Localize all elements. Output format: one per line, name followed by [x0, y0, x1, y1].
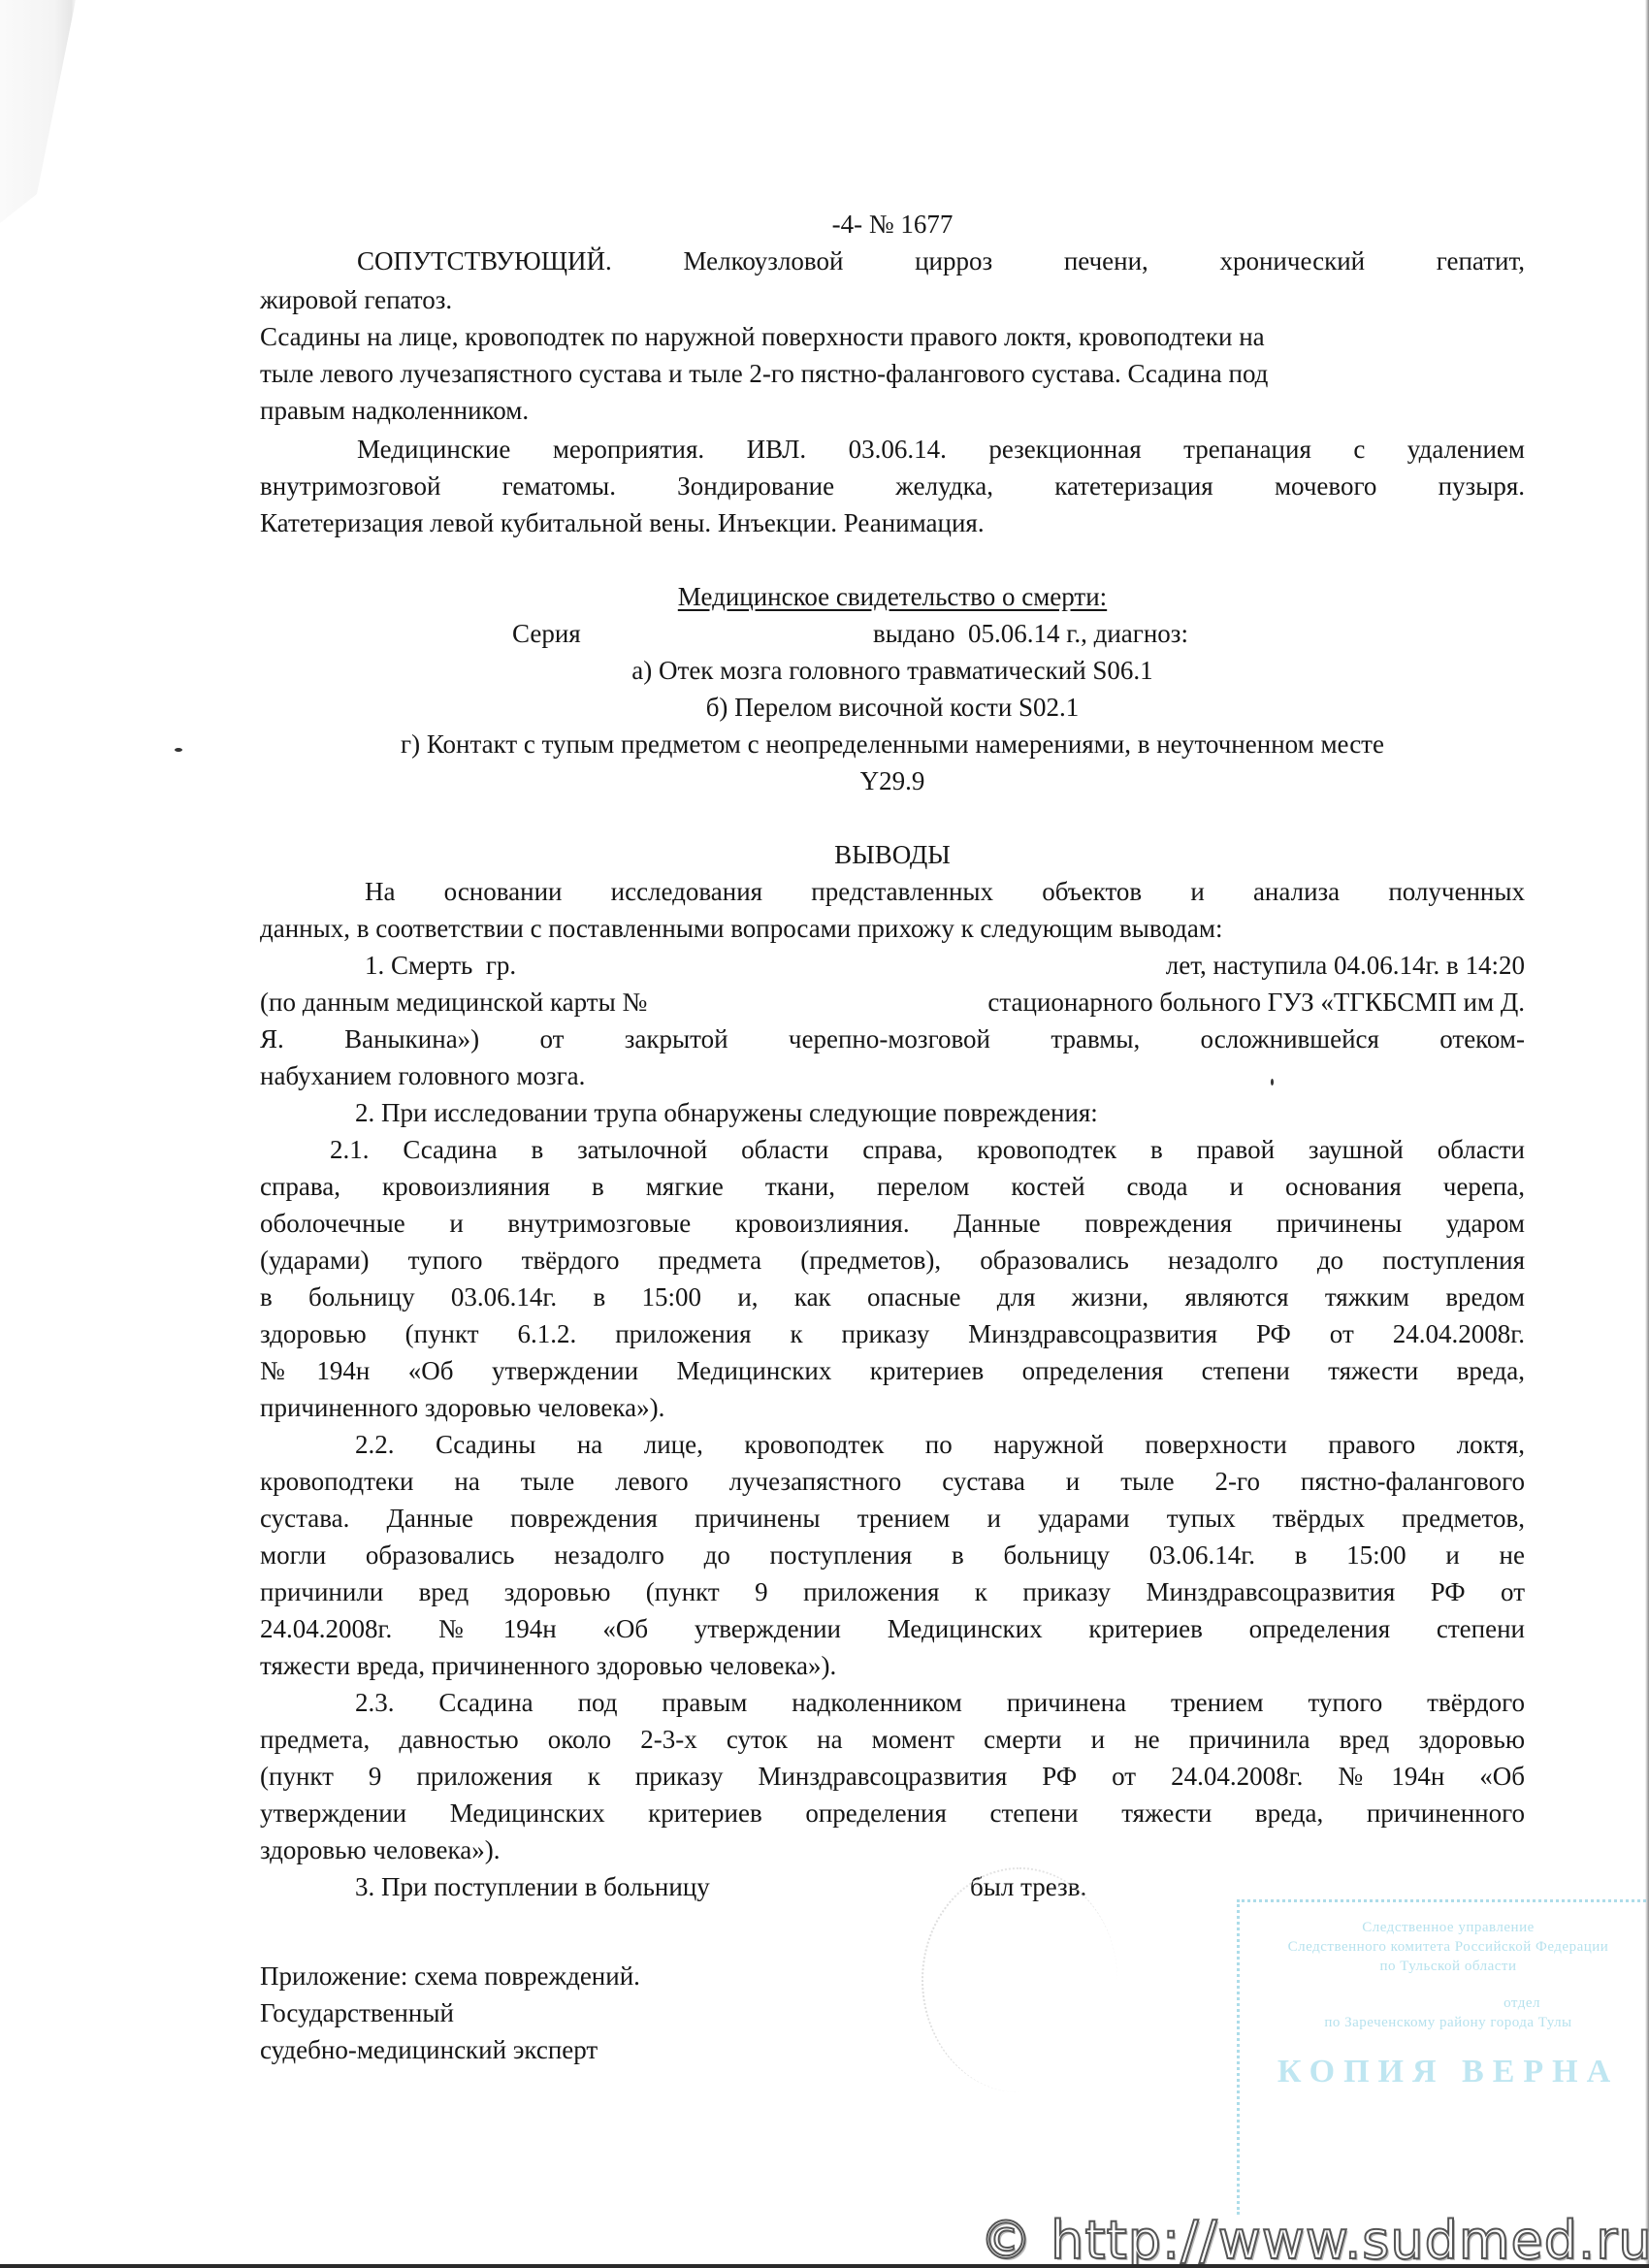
- certificate-code: Y29.9: [260, 762, 1525, 800]
- scan-left-shadow: [0, 0, 78, 2268]
- conclusion-2-2-line: причинили вред здоровью (пункт 9 приложе…: [260, 1573, 1525, 1611]
- stamp-line: Следственное управление: [1240, 1918, 1649, 1937]
- certificate-series-label: Серия: [512, 615, 581, 653]
- conclusion-1-text: набуханием головного мозга.: [260, 1057, 1525, 1095]
- conclusion-2-3-line: здоровью человека»).: [260, 1831, 1525, 1869]
- conclusion-1-text: стационарного больного ГУЗ «ТГКБСМП им Д…: [987, 984, 1525, 1021]
- conclusion-2-3-line: утверждении Медицинских критериев опреде…: [260, 1795, 1525, 1832]
- procedures-line: внутримозговой гематомы. Зондирование же…: [260, 468, 1525, 505]
- page-number: -4- № 1677: [260, 206, 1525, 243]
- conclusions-intro: На основании исследования представленных…: [260, 873, 1525, 911]
- stamp-line: по Тульской области: [1240, 1957, 1649, 1976]
- conclusion-2-1-line: 2.1. Ссадина в затылочной области справа…: [260, 1131, 1525, 1169]
- concomitant-diagnosis-line: Ссадины на лице, кровоподтек по наружной…: [260, 318, 1525, 356]
- conclusion-3-start: 3. При поступлении в больницу: [355, 1868, 710, 1906]
- certificate-item-a: а) Отек мозга головного травматический S…: [260, 652, 1525, 690]
- conclusion-2-1-line: (ударами) тупого твёрдого предмета (пред…: [260, 1242, 1525, 1280]
- conclusion-2-2-line: 2.2. Ссадины на лице, кровоподтек по нар…: [260, 1426, 1525, 1464]
- certificate-item-b: б) Перелом височной кости S02.1: [260, 689, 1525, 727]
- conclusions-intro: данных, в соответствии с поставленными в…: [260, 910, 1525, 948]
- concomitant-diagnosis-line: тыле левого лучезапястного сустава и тыл…: [260, 355, 1525, 393]
- procedures-line: Медицинские мероприятия. ИВЛ. 03.06.14. …: [260, 431, 1525, 469]
- scan-speck: [1271, 1079, 1274, 1085]
- conclusion-2-3-line: предмета, давностью около 2-3-х суток на…: [260, 1721, 1525, 1759]
- website-watermark: © http://www.sudmed.ru: [980, 2210, 1649, 2268]
- conclusion-2-2-line: 24.04.2008г. №194н «Об утверждении Медиц…: [260, 1610, 1525, 1648]
- conclusion-1-start: 1. Смерть гр.: [365, 947, 516, 985]
- conclusion-2-2-line: могли образовались незадолго до поступле…: [260, 1537, 1525, 1574]
- stamp-line: по Зареченскому району города Тулы: [1240, 2013, 1649, 2032]
- stamp-line: Следственного комитета Российской Федера…: [1240, 1937, 1649, 1957]
- concomitant-diagnosis-line: СОПУТСТВУЮЩИЙ. Мелкоузловой цирроз печен…: [260, 243, 1525, 280]
- conclusion-1-text: (по данным медицинской карты №: [260, 984, 647, 1021]
- conclusion-1-text: Я. Ваныкина») от закрытой черепно-мозгов…: [260, 1021, 1525, 1058]
- conclusion-2-1-line: оболочечные и внутримозговые кровоизлиян…: [260, 1205, 1525, 1243]
- certificate-issued: выдано 05.06.14 г., диагноз:: [873, 615, 1188, 653]
- conclusions-title: ВЫВОДЫ: [260, 836, 1525, 874]
- conclusion-2-1-line: в больницу 03.06.14г. в 15:00 и, как опа…: [260, 1279, 1525, 1316]
- conclusion-2-1-line: №194н «Об утверждении Медицинских критер…: [260, 1352, 1525, 1390]
- procedures-line: Катетеризация левой кубитальной вены. Ин…: [260, 504, 1525, 542]
- stamp-copy-certified-label: КОПИЯ ВЕРНА: [1240, 2054, 1649, 2090]
- conclusion-2-1-line: справа, кровоизлияния в мягкие ткани, пе…: [260, 1168, 1525, 1206]
- conclusion-1-end: лет, наступила 04.06.14г. в 14:20: [1166, 947, 1525, 985]
- conclusion-2-1-line: здоровью (пункт 6.1.2. приложения к прик…: [260, 1315, 1525, 1353]
- certified-copy-stamp: Следственное управление Следственного ко…: [1237, 1899, 1649, 2215]
- conclusion-2-3-line: 2.3. Ссадина под правым надколенником пр…: [260, 1684, 1525, 1722]
- death-certificate-title: Медицинское свидетельство о смерти:: [678, 582, 1107, 611]
- round-seal-stamp: [921, 1867, 1117, 2092]
- concomitant-diagnosis-line: правым надколенником.: [260, 392, 1525, 430]
- conclusion-2-2-line: тяжести вреда, причиненного здоровью чел…: [260, 1647, 1525, 1685]
- conclusion-2-heading: 2. При исследовании трупа обнаружены сле…: [260, 1094, 1620, 1132]
- stamp-line: отдел: [1240, 1993, 1649, 2013]
- conclusion-2-2-line: сустава. Данные повреждения причинены тр…: [260, 1500, 1525, 1538]
- certificate-item-g: г) Контакт с тупым предметом с неопредел…: [260, 726, 1525, 763]
- scan-speck: [175, 748, 182, 752]
- concomitant-diagnosis-line: жировой гепатоз.: [260, 281, 1525, 319]
- conclusion-2-1-line: причиненного здоровью человека»).: [260, 1389, 1525, 1427]
- scan-bottom-edge: [0, 2264, 1649, 2268]
- conclusion-2-3-line: (пункт 9 приложения к приказу Минздравсо…: [260, 1758, 1525, 1796]
- conclusion-2-2-line: кровоподтеки на тыле левого лучезапястно…: [260, 1463, 1525, 1501]
